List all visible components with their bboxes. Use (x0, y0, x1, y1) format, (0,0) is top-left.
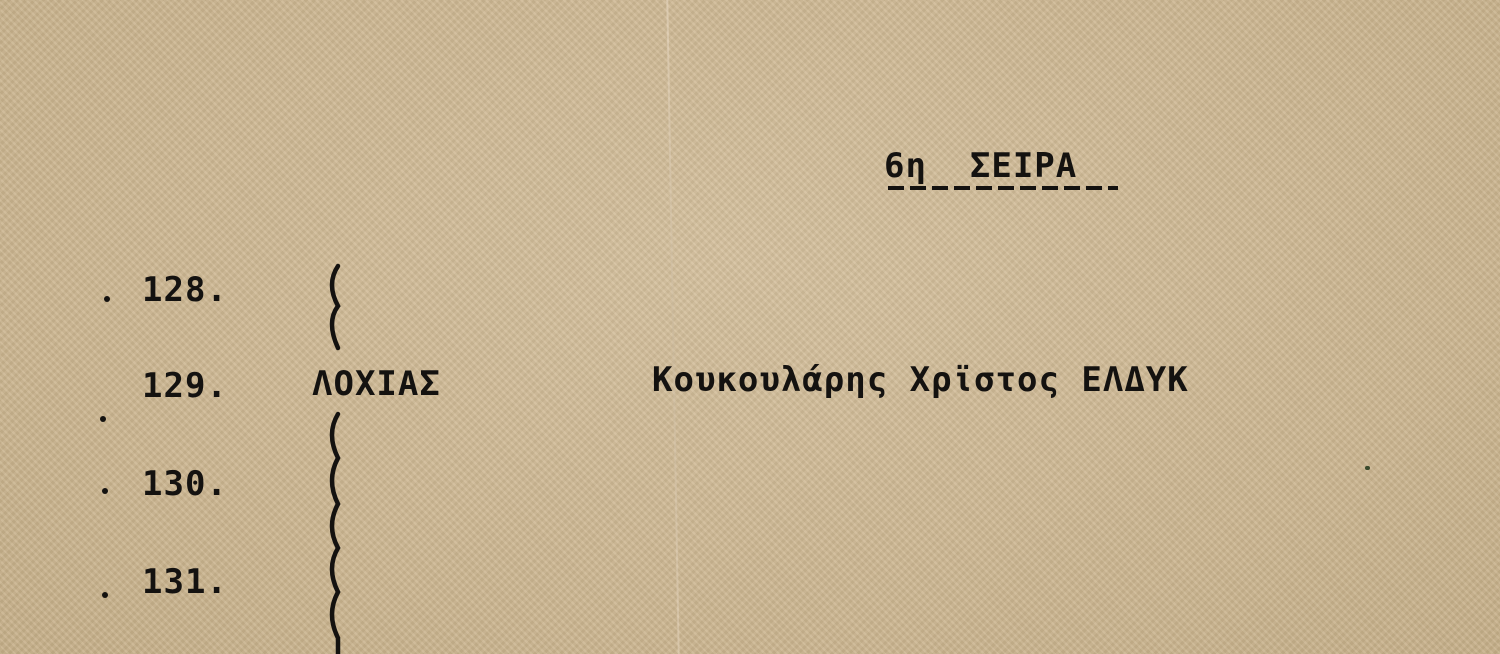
paper-speck (1365, 466, 1370, 470)
rank-label: ΛΟΧΙΑΣ (312, 364, 441, 404)
margin-dot (102, 488, 108, 494)
paper-fold-line (666, 0, 679, 654)
entry-number-129: 129. (142, 366, 228, 406)
margin-dot (102, 592, 108, 598)
entry-number-130: 130. (142, 464, 228, 504)
series-heading: 6η ΣΕΙΡΑ (884, 146, 1077, 186)
margin-dot (104, 296, 110, 302)
margin-dot (100, 416, 106, 422)
entry-number-131: 131. (142, 562, 228, 602)
person-name: Κουκουλάρης Χρϊστος ΕΛΔΥΚ (652, 360, 1189, 400)
grouping-brace (318, 262, 358, 654)
heading-dashed-underline (888, 186, 1118, 190)
entry-number-128: 128. (142, 270, 228, 310)
